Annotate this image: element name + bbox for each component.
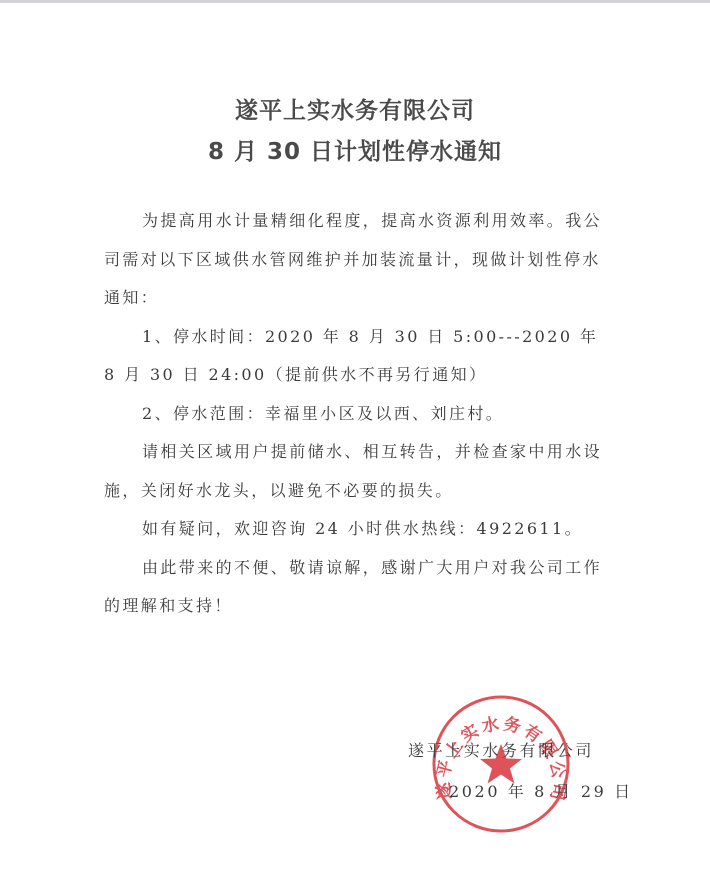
paragraph-outage-area: 2、停水范围：幸福里小区及以西、刘庄村。: [104, 395, 604, 434]
signature-company: 遂平上实水务有限公司: [408, 738, 594, 761]
paragraph-request: 请相关区域用户提前储水、相互转告，并检查家中用水设施，关闭好水龙头，以避免不必要…: [104, 433, 604, 510]
company-seal-stamp: 遂平上实水务有限公司: [430, 692, 572, 836]
paragraph-outage-time: 1、停水时间：2020 年 8 月 30 日 5:00---2020 年 8 月…: [104, 318, 604, 395]
document-title-company: 遂平上实水务有限公司: [0, 92, 710, 125]
paragraph-intro: 为提高用水计量精细化程度，提高水资源利用效率。我公司需对以下区域供水管网维护并加…: [104, 202, 604, 318]
scan-top-edge: [0, 0, 710, 3]
notice-body: 为提高用水计量精细化程度，提高水资源利用效率。我公司需对以下区域供水管网维护并加…: [104, 202, 604, 626]
document-title-notice: 8 月 30 日计划性停水通知: [0, 133, 710, 166]
signature-date: 2020 年 8 月 29 日: [449, 779, 633, 802]
paragraph-hotline: 如有疑问，欢迎咨询 24 小时供水热线：4922611。: [104, 510, 604, 549]
paragraph-apology: 由此带来的不便、敬请谅解，感谢广大用户对我公司工作的理解和支持！: [104, 549, 604, 626]
